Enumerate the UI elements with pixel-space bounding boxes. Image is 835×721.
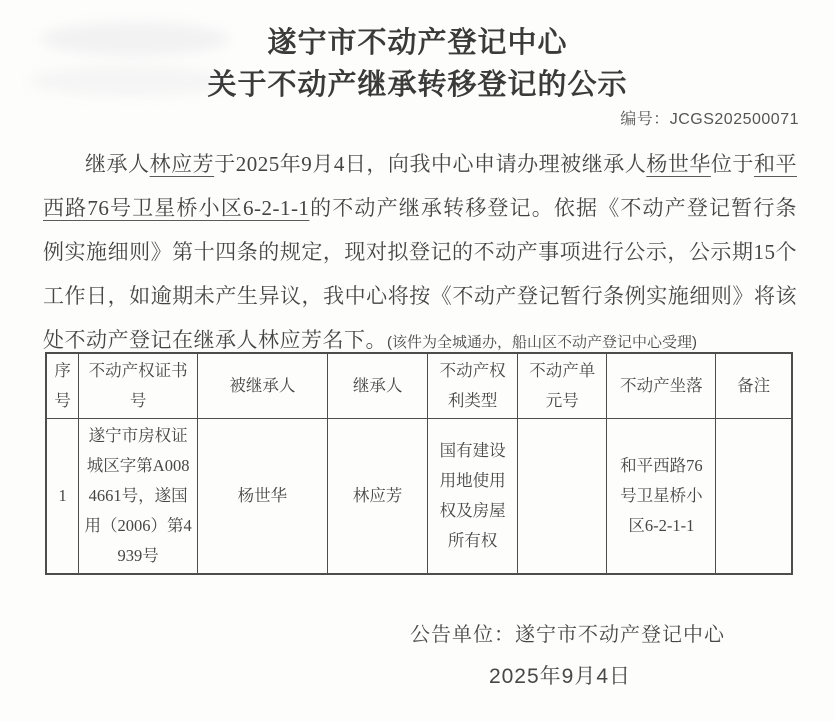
table-row: 1遂宁市房权证城区字第A0084661号，遂国用（2006）第4939号杨世华林… xyxy=(46,419,792,575)
table-header-cell: 不动产权证书号 xyxy=(79,353,198,419)
notice-paragraph: 继承人林应芳于2025年9月4日，向我中心申请办理被继承人杨世华位于和平西路76… xyxy=(43,142,797,365)
footer-issuer-value: 遂宁市不动产登记中心 xyxy=(515,624,725,646)
document-number: 编号：JCGS202500071 xyxy=(620,106,799,129)
table-cell: 和平西路76号卫星桥小区6-2-1-1 xyxy=(607,419,716,575)
table-cell xyxy=(517,419,607,575)
footer-date: 2025年9月4日 xyxy=(410,660,710,690)
paragraph-text: 位于 xyxy=(711,152,754,176)
registration-table: 序号不动产权证书号被继承人继承人不动产权利类型不动产单元号不动产坐落备注 1遂宁… xyxy=(45,352,793,575)
document-title-org: 遂宁市不动产登记中心 xyxy=(0,20,835,61)
underlined-name: 林应芳 xyxy=(150,152,215,176)
paragraph-text: 继承人 xyxy=(85,152,150,176)
footer-issuer: 公告单位：遂宁市不动产登记中心 xyxy=(410,618,725,647)
table-cell: 林应芳 xyxy=(327,419,428,575)
paragraph-note: (该件为全城通办，船山区不动产登记中心受理) xyxy=(387,334,697,351)
table-header-cell: 不动产权利类型 xyxy=(428,353,518,419)
table-cell: 遂宁市房权证城区字第A0084661号，遂国用（2006）第4939号 xyxy=(79,419,198,575)
table-cell: 杨世华 xyxy=(197,419,327,575)
table-header-cell: 备注 xyxy=(716,353,792,419)
table-header-cell: 继承人 xyxy=(327,353,428,419)
document-number-label: 编号： xyxy=(620,111,670,128)
notice-document-page: 遂宁市不动产登记中心 关于不动产继承转移登记的公示 编号：JCGS2025000… xyxy=(0,0,835,721)
table-header-cell: 被继承人 xyxy=(197,353,327,419)
table-body: 1遂宁市房权证城区字第A0084661号，遂国用（2006）第4939号杨世华林… xyxy=(46,419,792,575)
paragraph-text: 名下。 xyxy=(323,328,388,352)
table-header-row: 序号不动产权证书号被继承人继承人不动产权利类型不动产单元号不动产坐落备注 xyxy=(46,353,792,419)
table-cell xyxy=(716,419,792,575)
paragraph-text: 于2025年9月4日，向我中心申请办理被继承人 xyxy=(214,152,646,176)
table-header-cell: 不动产单元号 xyxy=(517,353,607,419)
document-title-subject: 关于不动产继承转移登记的公示 xyxy=(0,62,835,103)
footer-issuer-label: 公告单位： xyxy=(410,624,515,646)
underlined-name: 杨世华 xyxy=(646,152,711,176)
underlined-name: 林应芳 xyxy=(258,328,323,352)
table-cell: 国有建设用地使用权及房屋所有权 xyxy=(428,419,518,575)
table-header-cell: 不动产坐落 xyxy=(607,353,716,419)
table-header-cell: 序号 xyxy=(46,353,79,419)
document-number-value: JCGS202500071 xyxy=(670,111,799,128)
table-cell: 1 xyxy=(46,419,79,575)
